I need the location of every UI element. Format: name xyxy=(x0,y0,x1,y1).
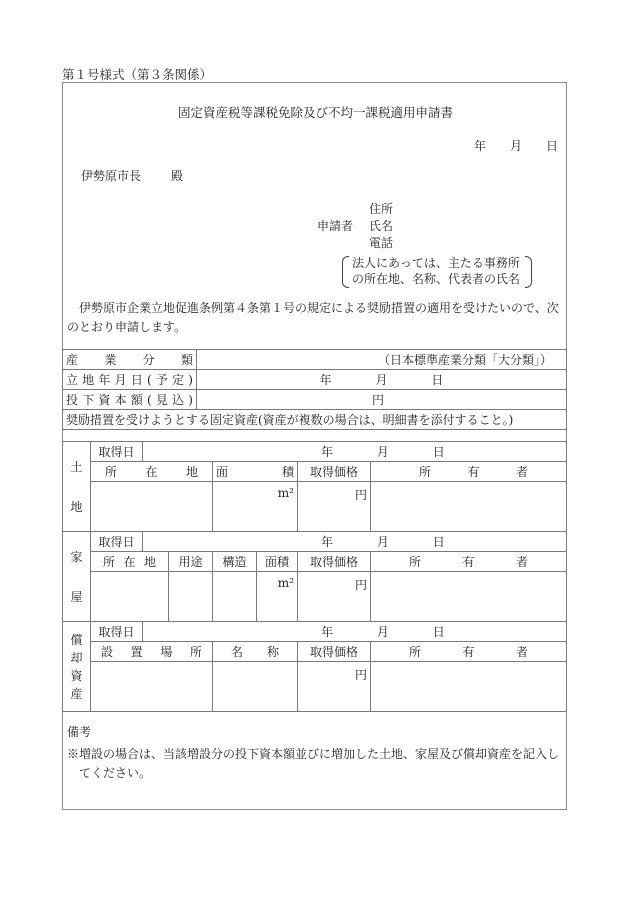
month-label: 月 xyxy=(375,373,387,387)
addressee-name: 伊勢原市長 xyxy=(81,169,141,183)
location-date-label: 立地年月日(予定) xyxy=(63,370,197,390)
building-col-price: 取得価格 xyxy=(298,552,371,572)
building-col-structure: 構造 xyxy=(213,552,257,572)
building-acquired-field[interactable]: 年 月 日 xyxy=(143,532,567,552)
investment-row: 投下資本額(見込) 円 xyxy=(63,390,567,410)
land-char-2: 地 xyxy=(63,491,90,523)
remarks-label: 備考 xyxy=(67,723,564,742)
land-col-price: 取得価格 xyxy=(298,462,371,482)
depreciable-price-input[interactable]: 円 xyxy=(298,662,371,712)
left-bracket xyxy=(342,256,349,288)
building-area-input[interactable]: m² xyxy=(257,572,298,622)
building-location-input[interactable] xyxy=(91,572,169,622)
investment-field[interactable]: 円 xyxy=(197,390,567,410)
month-label: 月 xyxy=(377,445,389,459)
depreciable-char-4: 産 xyxy=(63,685,90,703)
year-label: 年 xyxy=(321,445,333,459)
depreciable-label: 償 却 資 産 xyxy=(63,622,91,712)
application-form: 固定資産税等課税免除及び不均一課税適用申請書 年月日 伊勢原市長殿 申請者 住所… xyxy=(62,82,567,810)
applicant-name-field[interactable]: 氏名 xyxy=(369,218,393,235)
building-col-owner: 所有者 xyxy=(371,552,567,572)
depreciable-col-price: 取得価格 xyxy=(298,642,371,662)
building-char-2: 屋 xyxy=(63,581,90,613)
assets-heading-row: 奨励措置を受けようとする固定資産(資産が複数の場合は、明細書を添付すること。) xyxy=(63,410,567,430)
building-col-use: 用途 xyxy=(169,552,213,572)
location-date-row: 立地年月日(予定) 年 月 日 xyxy=(63,370,567,390)
depreciable-site-input[interactable] xyxy=(91,662,213,712)
land-location-input[interactable] xyxy=(91,482,213,532)
depreciable-col-owner: 所有者 xyxy=(371,642,567,662)
location-date-field[interactable]: 年 月 日 xyxy=(197,370,567,390)
applicant-phone-field[interactable]: 電話 xyxy=(369,235,393,252)
date-year: 年 xyxy=(474,137,486,154)
depreciable-owner-input[interactable] xyxy=(371,662,567,712)
land-price-input[interactable]: 円 xyxy=(298,482,371,532)
land-label: 土 地 xyxy=(63,442,91,532)
depreciable-col-name: 名称 xyxy=(213,642,298,662)
land-owner-input[interactable] xyxy=(371,482,567,532)
general-info-table: 産業分類 （日本標準産業分類「大分類」） 立地年月日(予定) 年 月 日 投下資… xyxy=(62,349,567,430)
month-label: 月 xyxy=(377,625,389,639)
land-char-1: 土 xyxy=(63,451,90,483)
depreciable-col-site: 設置場所 xyxy=(91,642,213,662)
land-col-owner: 所有者 xyxy=(371,462,567,482)
land-acquired-field[interactable]: 年 月 日 xyxy=(143,442,567,462)
assets-table: 土 地 取得日 年 月 日 所在地 面積 取得価格 所有者 m² 円 家 xyxy=(62,441,567,712)
corp-note-line-2: の所在地、名称、代表者の氏名 xyxy=(352,271,520,287)
year-label: 年 xyxy=(320,373,332,387)
addressee-honorific: 殿 xyxy=(171,169,183,183)
remarks-section[interactable]: 備考 ※増設の場合は、当該増設分の投下資本額並びに増加した土地、家屋及び償却資産… xyxy=(67,723,564,783)
land-col-area: 面積 xyxy=(213,462,298,482)
applicant-label: 申請者 xyxy=(317,218,353,235)
month-label: 月 xyxy=(377,535,389,549)
date-day: 日 xyxy=(546,137,558,154)
building-col-area: 面積 xyxy=(257,552,298,572)
depreciable-char-1: 償 xyxy=(63,631,90,649)
addressee: 伊勢原市長殿 xyxy=(81,167,183,184)
building-col-location: 所在地 xyxy=(91,552,169,572)
depreciable-char-2: 却 xyxy=(63,649,90,667)
applicant-address-field[interactable]: 住所 xyxy=(369,201,393,218)
land-area-input[interactable]: m² xyxy=(213,482,298,532)
building-label: 家 屋 xyxy=(63,532,91,622)
building-use-input[interactable] xyxy=(169,572,213,622)
land-col-location: 所在地 xyxy=(91,462,213,482)
assets-heading: 奨励措置を受けようとする固定資産(資産が複数の場合は、明細書を添付すること。) xyxy=(63,410,567,430)
form-title: 固定資産税等課税免除及び不均一課税適用申請書 xyxy=(63,103,568,121)
year-label: 年 xyxy=(321,625,333,639)
right-bracket xyxy=(525,256,532,288)
building-structure-input[interactable] xyxy=(213,572,257,622)
day-label: 日 xyxy=(433,625,445,639)
corp-note-line-1: 法人にあっては、主たる事務所 xyxy=(352,255,520,271)
industry-label: 産業分類 xyxy=(63,350,197,370)
industry-field[interactable]: （日本標準産業分類「大分類」） xyxy=(197,350,567,370)
building-char-1: 家 xyxy=(63,541,90,573)
date-month: 月 xyxy=(510,137,522,154)
remarks-note: ※増設の場合は、当該増設分の投下資本額並びに増加した土地、家屋及び償却資産を記入… xyxy=(67,745,564,783)
day-label: 日 xyxy=(431,373,443,387)
application-date[interactable]: 年月日 xyxy=(450,137,558,154)
form-number-label: 第１号様式（第３条関係） xyxy=(62,65,212,83)
depreciable-acquired-field[interactable]: 年 月 日 xyxy=(143,622,567,642)
building-acquired-label: 取得日 xyxy=(91,532,143,552)
land-acquired-label: 取得日 xyxy=(91,442,143,462)
year-label: 年 xyxy=(321,535,333,549)
corporation-note: 法人にあっては、主たる事務所 の所在地、名称、代表者の氏名 xyxy=(342,255,532,287)
building-price-input[interactable]: 円 xyxy=(298,572,371,622)
depreciable-acquired-label: 取得日 xyxy=(91,622,143,642)
depreciable-char-3: 資 xyxy=(63,667,90,685)
day-label: 日 xyxy=(433,535,445,549)
intro-text: 伊勢原市企業立地促進条例第４条第１号の規定による奨励措置の適用を受けたいので、次… xyxy=(67,299,564,337)
industry-row: 産業分類 （日本標準産業分類「大分類」） xyxy=(63,350,567,370)
building-owner-input[interactable] xyxy=(371,572,567,622)
depreciable-name-input[interactable] xyxy=(213,662,298,712)
investment-label: 投下資本額(見込) xyxy=(63,390,197,410)
day-label: 日 xyxy=(433,445,445,459)
